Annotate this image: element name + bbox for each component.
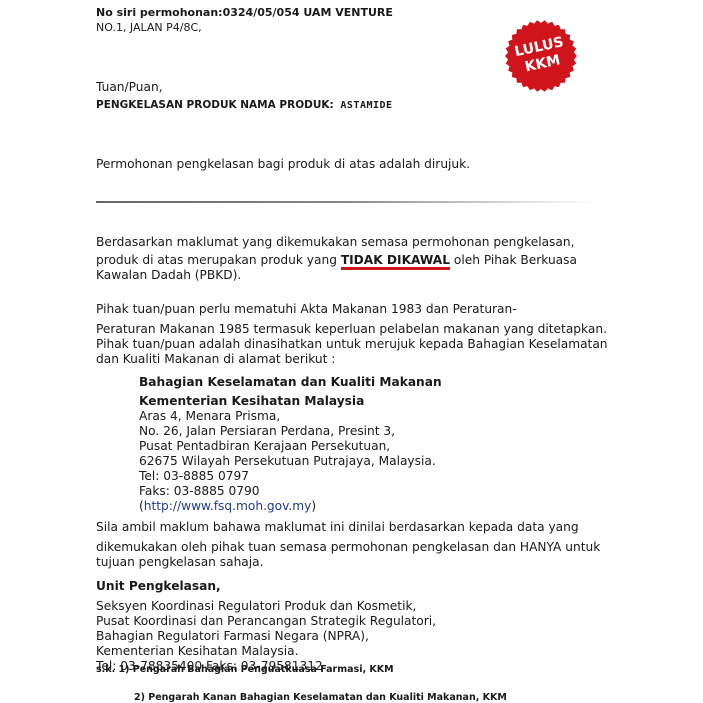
classification-paragraph: Berdasarkan maklumat yang dikemukakan se…	[96, 235, 577, 283]
address-line: 62675 Wilayah Persekutuan Putrajaya, Mal…	[139, 454, 442, 469]
address-org2: Kementerian Kesihatan Malaysia	[139, 394, 442, 409]
para1-line2-after: oleh Pihak Berkuasa	[450, 253, 577, 267]
fsq-address-block: Bahagian Keselamatan dan Kualiti Makanan…	[139, 375, 442, 514]
para2-line1: Pihak tuan/puan perlu mematuhi Akta Maka…	[96, 302, 608, 317]
para2-line4: dan Kualiti Makanan di alamat berikut :	[96, 352, 608, 367]
divider	[96, 201, 596, 203]
para1-line3: Kawalan Dadah (PBKD).	[96, 268, 577, 283]
subject-line: PENGKELASAN PRODUK NAMA PRODUK: ASTAMIDE	[96, 99, 393, 111]
signature-title: Unit Pengkelasan,	[96, 579, 436, 594]
para3-line2: dikemukakan oleh pihak tuan semasa permo…	[96, 540, 600, 555]
recipient-address: NO.1, JALAN P4/8C,	[96, 21, 202, 34]
para1-line1: Berdasarkan maklumat yang dikemukakan se…	[96, 235, 577, 250]
disclaimer-paragraph: Sila ambil maklum bahawa maklumat ini di…	[96, 520, 600, 570]
para1-line2-before: produk di atas merupakan produk yang	[96, 253, 341, 267]
salutation: Tuan/Puan,	[96, 80, 163, 95]
cc-line-2: 2) Pengarah Kanan Bahagian Keselamatan d…	[134, 692, 507, 703]
website-link[interactable]: http://www.fsq.moh.gov.my	[144, 499, 312, 513]
address-website: (http://www.fsq.moh.gov.my)	[139, 499, 442, 514]
para2-line3: Pihak tuan/puan adalah dinasihatkan untu…	[96, 337, 608, 352]
address-org1: Bahagian Keselamatan dan Kualiti Makanan	[139, 375, 442, 390]
address-line: Aras 4, Menara Prisma,	[139, 409, 442, 424]
para3-line3: tujuan pengkelasan sahaja.	[96, 555, 600, 570]
address-line: Pusat Pentadbiran Kerajaan Persekutuan,	[139, 439, 442, 454]
signature-line: Seksyen Koordinasi Regulatori Produk dan…	[96, 599, 436, 614]
para3-line1: Sila ambil maklum bahawa maklumat ini di…	[96, 520, 600, 535]
compliance-paragraph: Pihak tuan/puan perlu mematuhi Akta Maka…	[96, 302, 608, 367]
cc-line-1: s.k. 1) Pengarah Bahagian Penguatkuasa F…	[96, 664, 394, 675]
subject-label: PENGKELASAN PRODUK NAMA PRODUK:	[96, 99, 334, 111]
intro-paragraph: Permohonan pengkelasan bagi produk di at…	[96, 157, 470, 172]
para1-line2: produk di atas merupakan produk yang TID…	[96, 253, 577, 268]
address-line: No. 26, Jalan Persiaran Perdana, Presint…	[139, 424, 442, 439]
signature-line: Pusat Koordinasi dan Perancangan Strateg…	[96, 614, 436, 629]
address-phone: Tel: 03-8885 0797	[139, 469, 442, 484]
classification-status: TIDAK DIKAWAL	[341, 253, 450, 270]
para2-line2: Peraturan Makanan 1985 termasuk keperlua…	[96, 322, 608, 337]
application-reference: No siri permohonan:0324/05/054 UAM VENTU…	[96, 6, 393, 19]
paren-close: )	[311, 499, 316, 513]
approval-stamp: LULUS KKM	[505, 20, 577, 92]
address-fax: Faks: 03-8885 0790	[139, 484, 442, 499]
signature-line: Bahagian Regulatori Farmasi Negara (NPRA…	[96, 629, 436, 644]
signature-block: Unit Pengkelasan, Seksyen Koordinasi Reg…	[96, 579, 436, 674]
signature-line: Kementerian Kesihatan Malaysia.	[96, 644, 436, 659]
product-name: ASTAMIDE	[340, 100, 392, 111]
